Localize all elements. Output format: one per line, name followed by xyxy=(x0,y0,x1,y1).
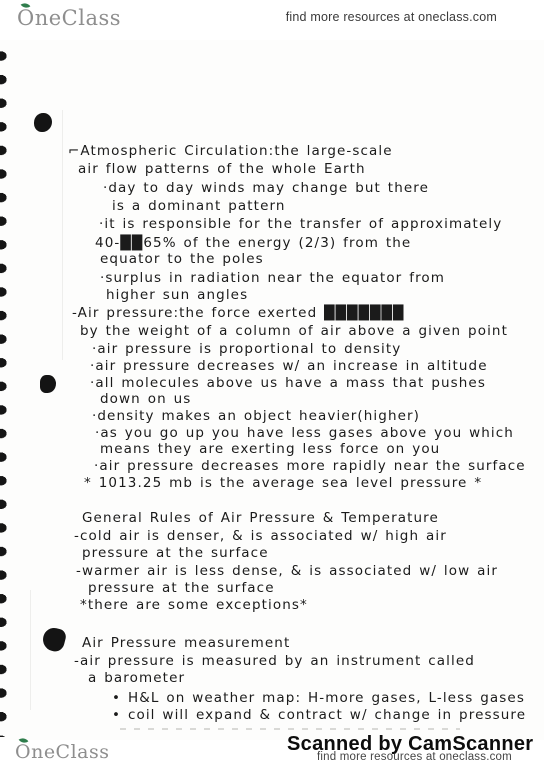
note-line: ·density makes an object heavier(higher) xyxy=(92,409,420,423)
note-line: 40-██65% of the energy (2/3) from the xyxy=(95,236,411,250)
note-line: pressure at the surface xyxy=(88,581,275,595)
note-line: pressure at the surface xyxy=(82,546,269,560)
note-line: ·air pressure decreases more rapidly nea… xyxy=(94,459,526,473)
note-line: ⌐Atmospheric Circulation:the large-scale xyxy=(68,144,393,158)
note-line: • coil will expand & contract w/ change … xyxy=(112,708,526,722)
oneclass-logo-text: OneClass xyxy=(15,741,110,763)
note-line: -warmer air is less dense, & is associat… xyxy=(76,564,498,578)
note-line: Air Pressure measurement xyxy=(82,636,290,650)
note-line: by the weight of a column of air above a… xyxy=(80,324,508,338)
note-line: *there are some exceptions* xyxy=(80,598,308,612)
note-line: • H&L on weather map: H-more gases, L-le… xyxy=(112,691,525,705)
note-line: ·as you go up you have less gases above … xyxy=(95,426,514,440)
note-line: ·it is responsible for the transfer of a… xyxy=(99,217,502,231)
handwritten-notes: ⌐Atmospheric Circulation:the large-scale… xyxy=(0,0,544,770)
note-line: means they are exerting less force on yo… xyxy=(100,442,440,456)
oneclass-logo: OneClass xyxy=(15,741,110,763)
note-line: ·surplus in radiation near the equator f… xyxy=(100,271,445,285)
note-line: a barometer xyxy=(88,671,185,685)
note-line: air flow patterns of the whole Earth xyxy=(78,162,366,176)
note-line: equator to the poles xyxy=(100,252,264,266)
note-line: -cold air is denser, & is associated w/ … xyxy=(74,529,447,543)
note-line: * 1013.25 mb is the average sea level pr… xyxy=(84,476,482,490)
note-line: higher sun angles xyxy=(106,288,248,302)
footer-tagline: find more resources at oneclass.com xyxy=(317,751,512,763)
note-line: General Rules of Air Pressure & Temperat… xyxy=(82,511,439,525)
note-line: -Air pressure:the force exerted ███████ xyxy=(72,306,405,320)
note-line: is a dominant pattern xyxy=(112,199,286,213)
note-line: ·air pressure is proportional to density xyxy=(92,342,401,356)
note-line: ·day to day winds may change but there xyxy=(103,181,429,195)
note-line: ·all molecules above us have a mass that… xyxy=(90,376,486,390)
note-line: down on us xyxy=(100,392,191,406)
note-line: ·air pressure decreases w/ an increase i… xyxy=(90,359,488,373)
note-line: -air pressure is measured by an instrume… xyxy=(74,654,475,668)
